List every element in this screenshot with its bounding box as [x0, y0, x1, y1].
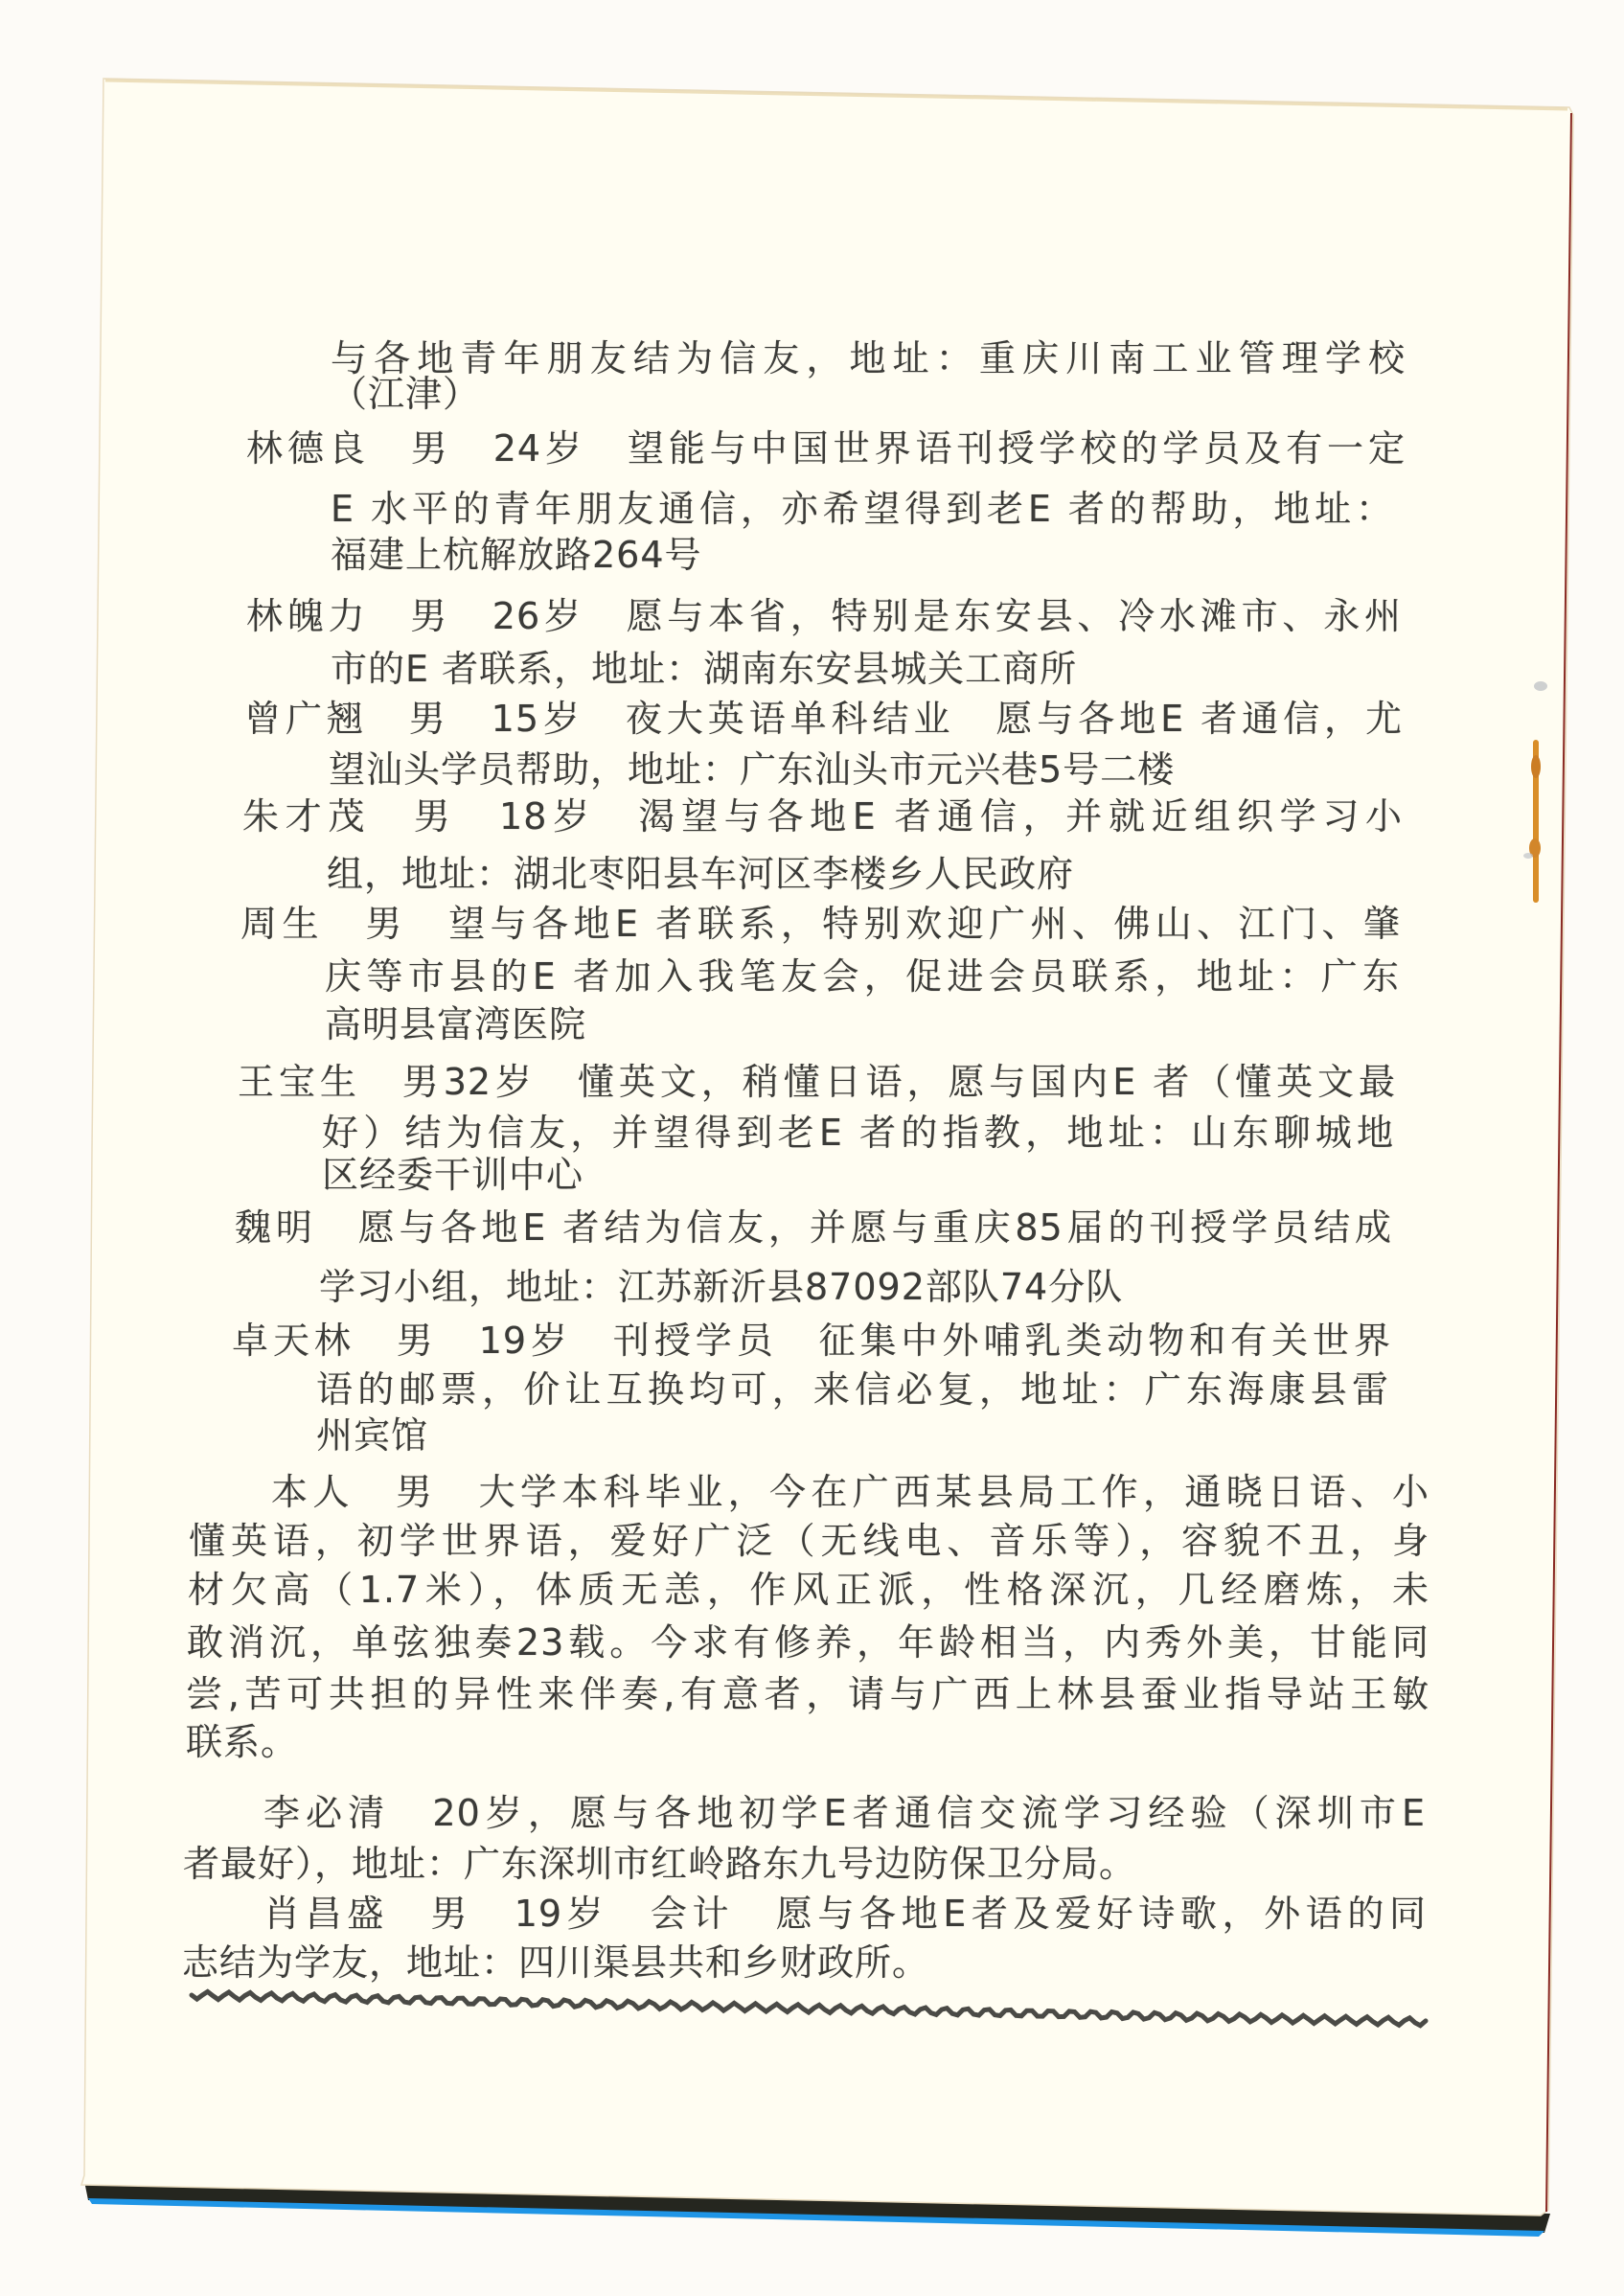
- wavy-divider-rule: [0, 0, 1624, 2296]
